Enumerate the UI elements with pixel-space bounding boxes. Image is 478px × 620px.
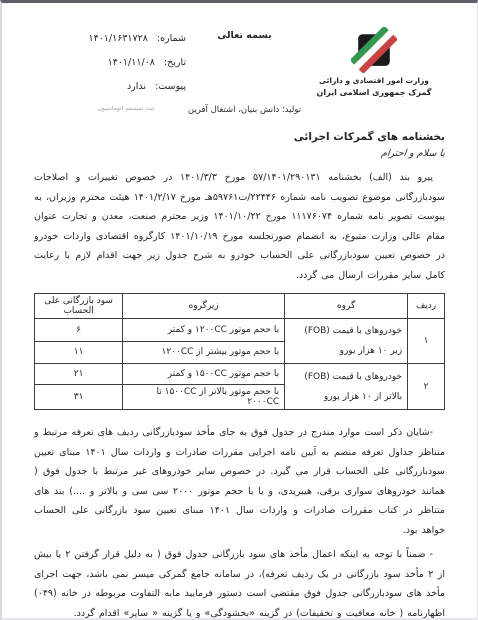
cell-profit-1a: ۶ — [35, 319, 123, 342]
table-row: ۲ خودروهای با قیمت (FOB) بالاتر از ۱۰ هز… — [35, 364, 445, 385]
besmele-text: بسمه تعالی — [217, 27, 271, 41]
letter-date-value: ۱۴۰۱/۱۱/۰۸ — [108, 57, 155, 68]
automation-note: ثبت سیستم اتوماسیون — [66, 105, 186, 112]
letter-attachment-row: پیوست: ندارد — [34, 81, 186, 92]
header-radif: ردیف — [408, 294, 445, 319]
customs-logo-icon — [351, 27, 397, 73]
letterhead: وزارت امور اقتصادی و دارائی گمرک جمهوری … — [34, 27, 445, 117]
customs-org-name: گمرک جمهوری اسلامی ایران — [317, 88, 432, 97]
cell-group-1: خودروهای با قیمت (FOB) زیر ۱۰ هزار یورو — [285, 319, 408, 364]
letter-date-row: تاریخ: ۱۴۰۱/۱۱/۰۸ — [34, 57, 186, 68]
cell-radif-1: ۱ — [408, 319, 445, 364]
section-title: بخشنامه های گمرکات اجرائی — [34, 131, 445, 143]
cell-group-2: خودروهای با قیمت (FOB) بالاتر از ۱۰ هزار… — [285, 364, 408, 410]
header-subgroup: زیرگروه — [123, 294, 285, 319]
letter-number-label: شماره: — [157, 33, 186, 44]
cell-subgroup-1a: با حجم موتور ۱۲۰۰CC و کمتر — [123, 319, 285, 342]
intro-paragraph: پیرو بند (الف) بخشنامه ۵۷/۱۴۰۱/۲۹۰۱۳۱ مو… — [34, 168, 445, 285]
salutation: با سلام و احترام — [324, 148, 445, 159]
letter-attachment-label: پیوست: — [155, 81, 186, 92]
note-paragraph-2: - ضمناً با توجه به اینکه اعمال مأخذ های … — [34, 545, 445, 620]
letter-meta-block: شماره: ۱۴۰۱/۱۶۳۱۷۲۸ تاریخ: ۱۴۰۱/۱۱/۰۸ پی… — [34, 27, 186, 112]
table-row: ۱ خودروهای با قیمت (FOB) زیر ۱۰ هزار یور… — [35, 319, 445, 342]
ministry-name: وزارت امور اقتصادی و دارائی — [319, 76, 429, 85]
scanned-letter-page: وزارت امور اقتصادی و دارائی گمرک جمهوری … — [0, 0, 478, 620]
letter-number-row: شماره: ۱۴۰۱/۱۶۳۱۷۲۸ — [34, 33, 186, 44]
cell-subgroup-1b: با حجم موتور بیشتر از ۱۲۰۰CC — [123, 341, 285, 364]
letter-attachment-value: ندارد — [127, 81, 146, 92]
year-slogan: تولید؛ دانش بنیان، اشتغال آفرین — [188, 105, 301, 117]
cell-profit-1b: ۱۱ — [35, 341, 123, 364]
tariff-table-header-row: ردیف گروه زیرگروه سود بازرگانی علی الحسا… — [35, 294, 445, 319]
customs-logo-block: وزارت امور اقتصادی و دارائی گمرک جمهوری … — [303, 27, 445, 97]
header-group: گروه — [285, 294, 408, 319]
header-profit: سود بازرگانی علی الحساب — [35, 294, 123, 319]
letterhead-center: بسمه تعالی تولید؛ دانش بنیان، اشتغال آفر… — [186, 27, 303, 117]
tariff-table: ردیف گروه زیرگروه سود بازرگانی علی الحسا… — [34, 293, 445, 410]
cell-subgroup-2b: با حجم موتور بالاتر از ۱۵۰۰CC تا ۲۰۰۰CC — [123, 385, 285, 410]
cell-radif-2: ۲ — [408, 364, 445, 410]
note-paragraph-1: -شایان ذکر است موارد مندرج در جدول فوق ب… — [34, 423, 445, 540]
cell-profit-2b: ۳۱ — [35, 385, 123, 410]
cell-profit-2a: ۲۱ — [35, 364, 123, 385]
cell-subgroup-2a: با حجم موتور ۱۵۰۰CC و کمتر — [123, 364, 285, 385]
letter-date-label: تاریخ: — [164, 57, 186, 68]
letter-number-value: ۱۴۰۱/۱۶۳۱۷۲۸ — [89, 33, 148, 44]
